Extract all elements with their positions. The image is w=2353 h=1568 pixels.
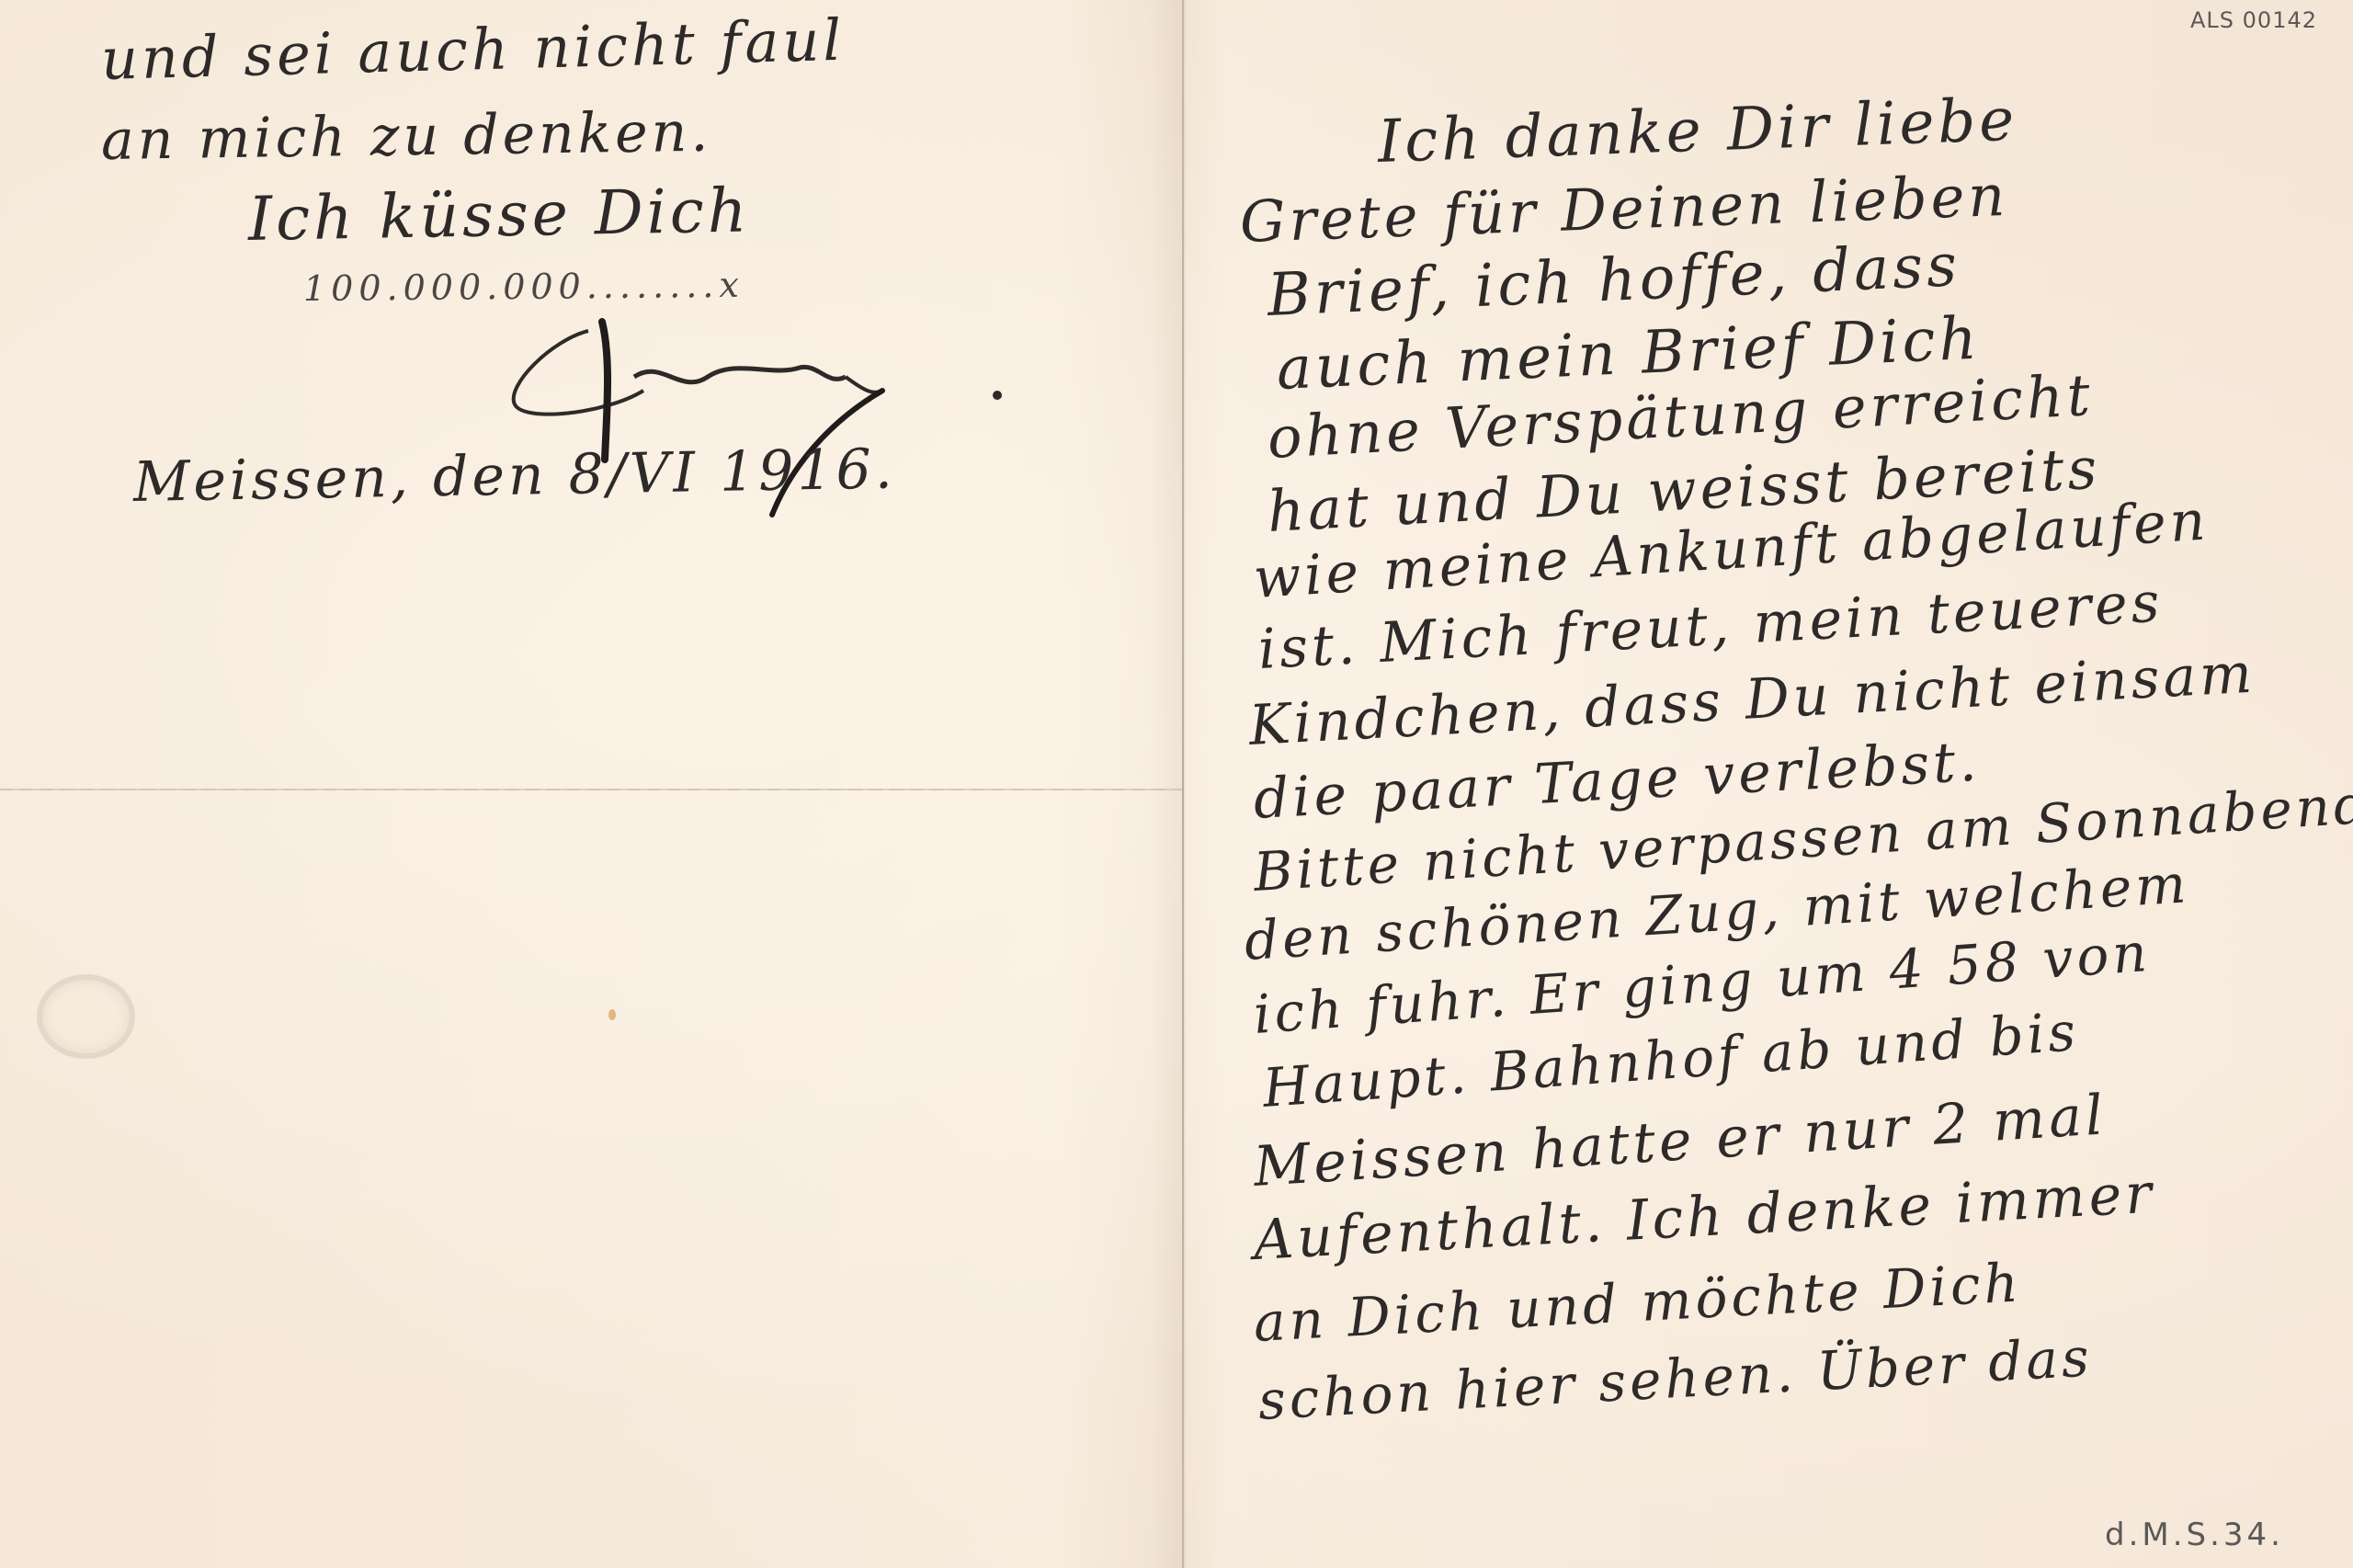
closing-line: Ich küsse Dich [247, 175, 751, 255]
letter-line: und sei auch nicht faul [100, 6, 846, 93]
kisses-count-line: 100.000.000........x [303, 265, 745, 309]
letter-line: an mich zu denken. [101, 100, 712, 173]
signature-text: Hans [642, 403, 646, 405]
right-page: Ich danke Dir liebe Grete für Deinen lie… [1185, 0, 2353, 1568]
place-date-line: Meissen, den 8/VI 1916. [132, 437, 896, 515]
letter-line: Ich danke Dir liebe [1377, 86, 2019, 176]
collection-mark-label: d.M.S.34. [2105, 1517, 2284, 1553]
left-page: und sei auch nicht faul an mich zu denke… [0, 0, 1183, 1568]
archive-id-label: ALS 00142 [2190, 7, 2317, 33]
letter-scan: und sei auch nicht faul an mich zu denke… [0, 0, 2353, 1568]
